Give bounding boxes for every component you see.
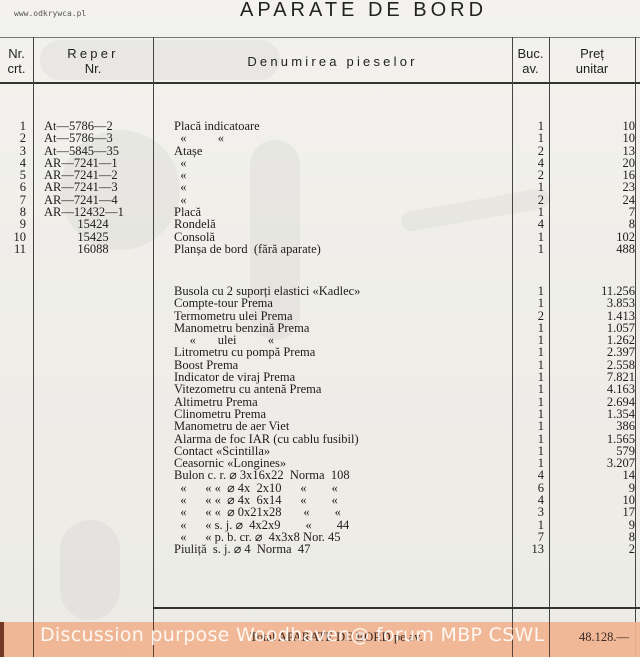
column-divider [33,622,34,657]
unit-price: 2 [549,543,635,555]
table-row: 1116088Planșa de bord (fără aparate)1488 [0,243,640,255]
table-row: Contact «Scintilla»1579 [0,445,640,457]
source-url-mark: www.odkrywca.pl [14,9,86,18]
unit-price: 10 [549,132,635,144]
table-row: Bulon c. r. ⌀ 3x16x22 Norma 108414 [0,469,640,481]
reper-code: 15424 [33,218,153,230]
quantity: 13 [512,543,544,555]
part-name: Compte-tour Prema [174,297,273,309]
header-buc: Buc. av. [512,38,549,84]
table-row: 6AR—7241—3 «123 [0,181,640,193]
table-row: Clinometru Prema11.354 [0,408,640,420]
header-pret: Preț unitar [549,38,635,84]
unit-price: 17 [549,506,635,518]
row-number: 9 [0,218,26,230]
table-row: Litrometru cu pompă Prema12.397 [0,346,640,358]
table-row: « « « ⌀ 0x21x28 « «317 [0,506,640,518]
unit-price: 4.163 [549,383,635,395]
quantity: 1 [512,297,544,309]
parts-list: 1At—5786—2Placă indicatoare110 2At—5786—… [0,120,640,255]
header-text: Denumirea pieselor [247,54,417,69]
header-reper: Reper Nr. [33,38,153,84]
table-row: Boost Prema12.558 [0,359,640,371]
unit-price: 8 [549,531,635,543]
row-number: 2 [0,132,26,144]
table-row: Compte-tour Prema13.853 [0,297,640,309]
quantity: 1 [512,346,544,358]
total-value: 48.128.— [549,630,629,645]
unit-price: 23 [549,181,635,193]
total-rule [153,607,640,609]
part-name: Vitezometru cu antenă Prema [174,383,321,395]
header-text: Buc. [517,46,543,61]
unit-price: 8 [549,218,635,230]
part-name: Piuliță s. j. ⌀ 4 Norma 47 [174,543,310,555]
unit-price: 488 [549,243,635,255]
quantity: 1 [512,383,544,395]
instruments-list: Busola cu 2 suporți elastici «Kadlec»111… [0,285,640,556]
part-name: « « « ⌀ 0x21x28 « « [174,506,341,518]
table-row: Busola cu 2 suporți elastici «Kadlec»111… [0,285,640,297]
table-row: Alarma de foc IAR (cu cablu fusibil)11.5… [0,433,640,445]
header-denumirea: Denumirea pieselor [153,38,512,84]
unit-price: 386 [549,420,635,432]
unit-price: 14 [549,469,635,481]
part-name: Planșa de bord (fără aparate) [174,243,321,255]
unit-price: 2.397 [549,346,635,358]
table-row: Termometru ulei Prema21.413 [0,310,640,322]
table-row: « ulei «11.262 [0,334,640,346]
quantity: 1 [512,433,544,445]
table-row: Vitezometru cu antenă Prema14.163 [0,383,640,395]
row-number: 6 [0,181,26,193]
table-row: « « p. b. cr. ⌀ 4x3x8 Nor. 4578 [0,531,640,543]
part-name: Bulon c. r. ⌀ 3x16x22 Norma 108 [174,469,350,481]
part-name: Alarma de foc IAR (cu cablu fusibil) [174,433,359,445]
table-row: 2At—5786—3 « «110 [0,132,640,144]
header-text: Nr. [85,61,102,76]
part-name: « [174,181,187,193]
quantity: 1 [512,132,544,144]
part-name: Manometru de aer Viet [174,420,289,432]
reper-code: AR—7241—3 [44,181,144,193]
reper-code: At—5786—3 [44,132,144,144]
quantity: 1 [512,420,544,432]
quantity: 3 [512,506,544,518]
page-title: APARATE DE BORD [240,0,487,22]
header-text: Reper [67,46,118,61]
row-number: 11 [0,243,26,255]
table-row: Manometru de aer Viet1386 [0,420,640,432]
header-text: Nr. [8,46,25,61]
unit-price: 3.853 [549,297,635,309]
table-row: 915424Rondelă48 [0,218,640,230]
header-text: unitar [576,61,609,76]
table-row: Manometru benzină Prema11.057 [0,322,640,334]
header-text: Preț [580,46,604,61]
header-text: av. [522,61,538,76]
quantity: 1 [512,243,544,255]
header-nr-crt: Nr. crt. [0,38,33,84]
quantity: 4 [512,218,544,230]
header-text: crt. [7,61,25,76]
reper-code: 16088 [33,243,153,255]
quantity: 1 [512,181,544,193]
table-row: Piuliță s. j. ⌀ 4 Norma 47132 [0,543,640,555]
table-row: Altimetru Prema12.694 [0,396,640,408]
part-name: Rondelă [174,218,216,230]
unit-price: 24 [549,194,635,206]
part-name: « « [174,132,224,144]
unit-price: 7 [549,206,635,218]
unit-price: 9 [549,519,635,531]
scanned-page: www.odkrywca.pl APARATE DE BORD Nr. crt.… [0,0,640,657]
part-name: Litrometru cu pompă Prema [174,346,315,358]
watermark-text: Discussion purpose Woodhaven@ forum MBP … [40,624,545,646]
band-edge [0,622,4,657]
unit-price: 1.565 [549,433,635,445]
quantity: 4 [512,469,544,481]
